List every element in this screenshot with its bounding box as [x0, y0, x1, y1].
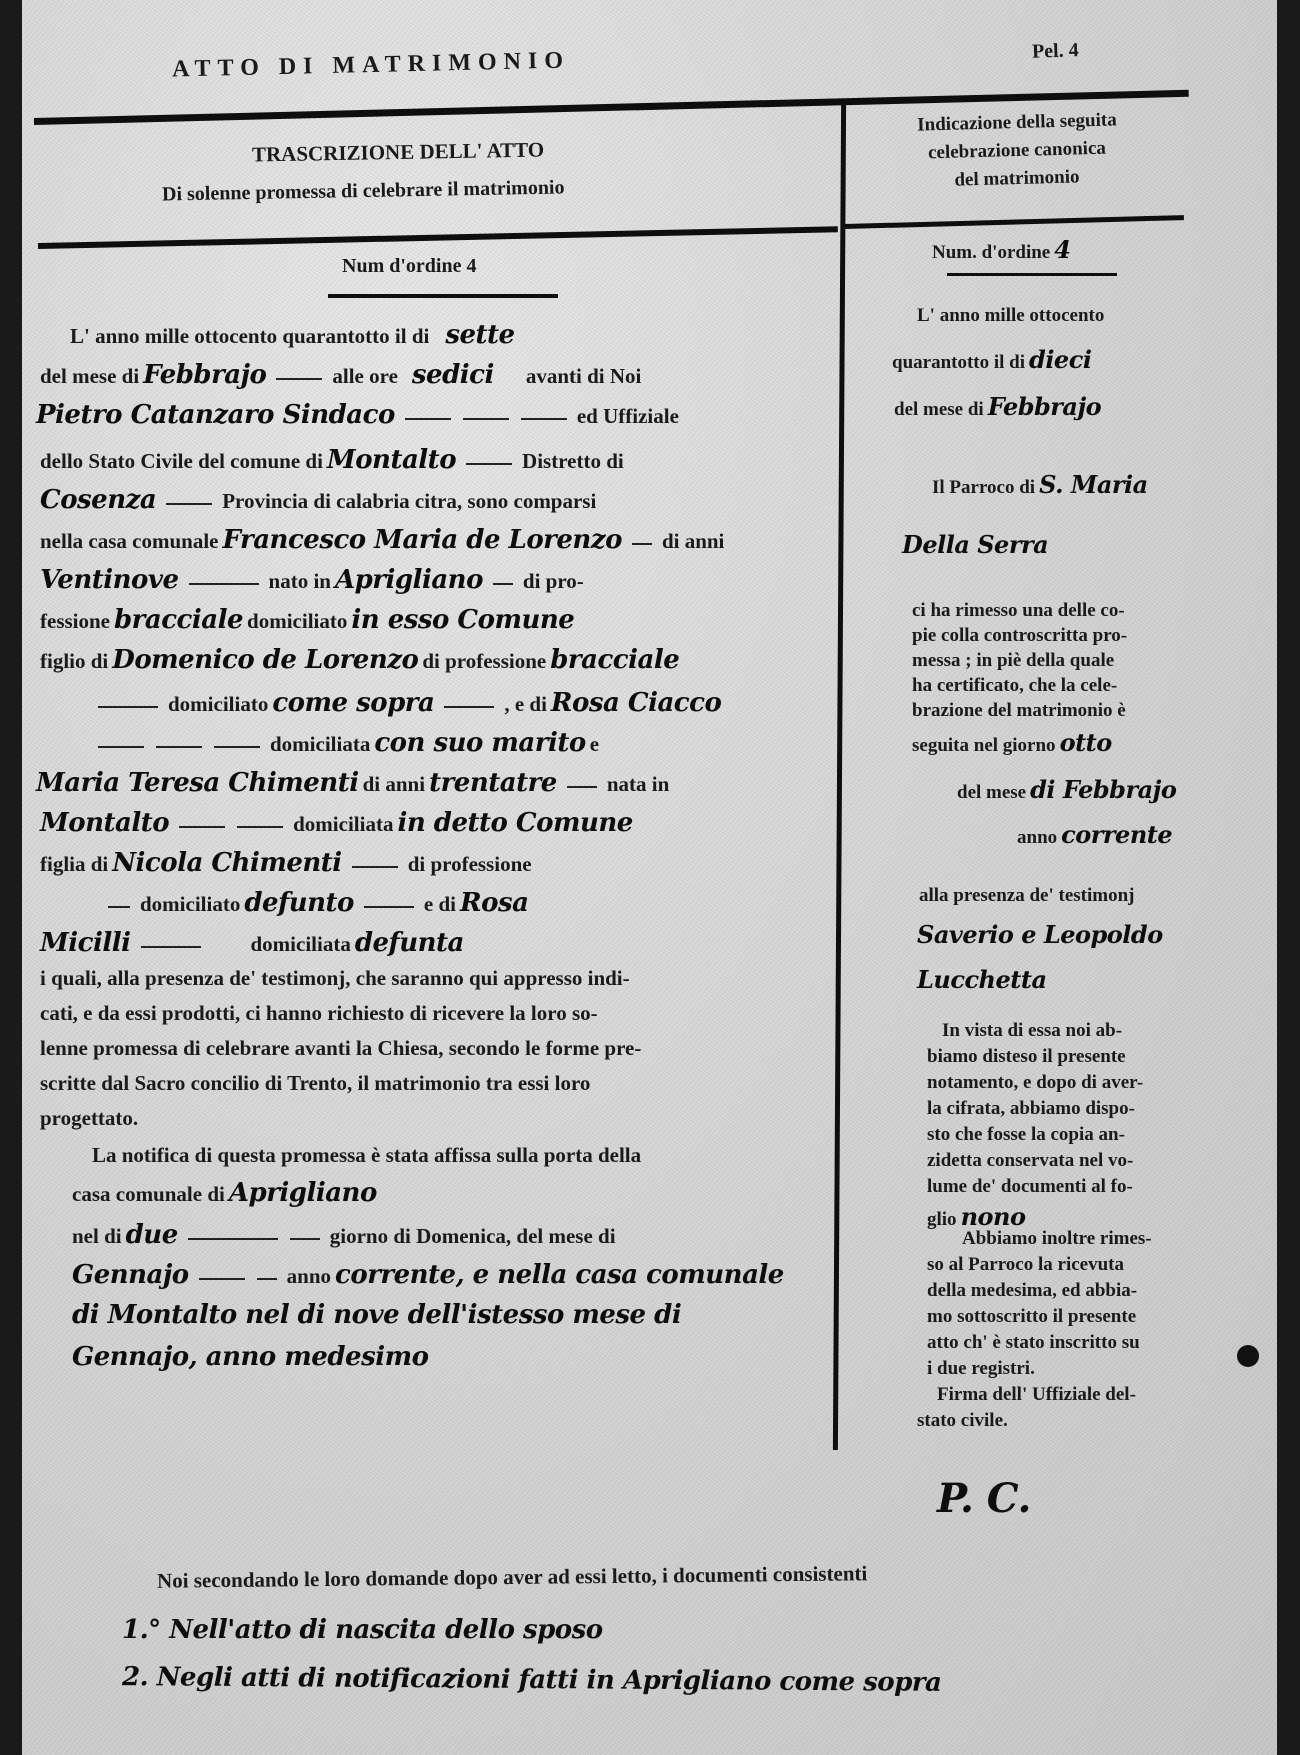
printed-text: fessione — [40, 609, 110, 633]
handwritten-commune: Montalto — [327, 445, 456, 475]
handwritten-groom-mother: Rosa Ciacco — [551, 688, 721, 718]
paragraph-line: lenne promessa di celebrare avanti la Ch… — [40, 1036, 641, 1061]
document-title: ATTO DI MATRIMONIO — [172, 47, 571, 83]
abbiamo-line: della medesima, ed abbia- — [927, 1280, 1137, 1302]
handwritten-notice-month: Gennajo — [72, 1260, 189, 1290]
vista-line: In vista di essa noi ab- — [942, 1020, 1122, 1042]
printed-text: nato in — [269, 569, 331, 593]
printed-text: domiciliato — [247, 609, 347, 633]
printed-text: Distretto di — [522, 449, 624, 473]
printed-text: seguita nel giorno — [912, 735, 1056, 756]
handwritten-bride-mother-status: defunta — [355, 928, 464, 958]
printed-text: glio — [927, 1209, 957, 1230]
handwritten-month: Febbrajo — [143, 360, 266, 390]
printed-text: L' anno mille ottocento quarantotto il d… — [70, 324, 429, 348]
handwritten-father-domicile: come sopra — [272, 688, 434, 718]
handwritten-father-profession: bracciale — [550, 645, 679, 675]
handwritten-groom-father: Domenico de Lorenzo — [112, 645, 418, 675]
handwritten-mother-domicile: con suo marito — [374, 728, 585, 758]
handwritten-bride-father: Nicola Chimenti — [112, 848, 341, 878]
handwritten-groom-domicile: in esso Comune — [351, 605, 574, 635]
handwritten-official-name: Pietro Catanzaro Sindaco — [36, 400, 395, 430]
paragraph-line: progettato. — [40, 1106, 138, 1131]
right-order-underline — [947, 273, 1117, 276]
vista-line: sto che fosse la copia an- — [927, 1124, 1125, 1146]
firma-line: stato civile. — [917, 1410, 1008, 1432]
ink-spot — [1237, 1345, 1259, 1367]
handwritten-bride-mother: Rosa — [460, 888, 528, 918]
firma-line: Firma dell' Uffiziale del- — [937, 1384, 1136, 1406]
abbiamo-line: Abbiamo inoltre rimes- — [962, 1228, 1152, 1250]
vista-line: la cifrata, abbiamo dispo- — [927, 1098, 1135, 1120]
heading-line: Indicazione della seguita — [867, 108, 1167, 138]
handwritten-groom-name: Francesco Maria de Lorenzo — [223, 525, 622, 555]
printed-text: figlio di — [40, 649, 108, 673]
handwritten-bride-mother-surname: Micilli — [40, 928, 131, 958]
right-order-label: Num. d'ordine — [932, 242, 1050, 263]
official-signature: P. C. — [937, 1475, 1031, 1522]
handwritten-bride-age: trentatre — [429, 768, 557, 798]
abbiamo-line: mo sottoscritto il presente — [927, 1306, 1136, 1328]
printed-text: domiciliato — [168, 692, 268, 716]
handwritten-bride-domicile: in detto Comune — [397, 808, 632, 838]
printed-text: casa comunale di — [72, 1182, 225, 1206]
printed-text: nel di — [72, 1224, 122, 1248]
printed-text: Il Parroco di — [932, 477, 1035, 498]
printed-text: , e di — [504, 692, 547, 716]
printed-text: giorno di Domenica, del mese di — [330, 1224, 616, 1248]
handwritten-seguita-year: corrente — [1061, 820, 1172, 849]
handwritten-notice-day: due — [126, 1220, 178, 1250]
abbiamo-line: i due registri. — [927, 1358, 1035, 1380]
paragraph-line: i quali, alla presenza de' testimonj, ch… — [40, 966, 630, 991]
bottom-printed-line: Noi secondando le loro domande dopo aver… — [157, 1561, 868, 1593]
handwritten-bride-name: Maria Teresa Chimenti — [36, 768, 359, 798]
handwritten-notice-place: Aprigliano — [229, 1178, 377, 1208]
printed-text: anno — [287, 1264, 331, 1288]
paragraph-line: cati, e da essi prodotti, ci hanno richi… — [40, 1001, 598, 1026]
printed-text: anno — [1017, 827, 1057, 848]
printed-text: domiciliato — [140, 892, 240, 916]
paragraph-line: scritte dal Sacro concilio di Trento, il… — [40, 1071, 590, 1096]
abbiamo-line: atto ch' è stato inscritto su — [927, 1332, 1140, 1354]
handwritten-folio: nono — [961, 1202, 1026, 1231]
printed-text: ed Uffiziale — [577, 404, 679, 428]
printed-text: di professione — [422, 649, 546, 673]
handwritten-groom-profession: bracciale — [114, 605, 243, 635]
handwritten-district: Cosenza — [40, 485, 156, 515]
handwritten-celebration-day: dieci — [1029, 345, 1091, 374]
printed-text: avanti di Noi — [526, 364, 642, 388]
page-number: Pel. 4 — [1032, 39, 1079, 64]
cert-line: ha certificato, che la cele- — [912, 675, 1117, 697]
printed-text: domiciliata — [251, 932, 351, 956]
printed-text: e di — [424, 892, 456, 916]
handwritten-groom-age: Ventinove — [40, 565, 179, 595]
right-header-rule — [844, 215, 1184, 229]
handwritten-notice-year: corrente, e nella casa comunale — [335, 1260, 784, 1290]
left-heading: TRASCRIZIONE DELL' ATTO — [252, 137, 545, 167]
printed-text: di professione — [408, 852, 532, 876]
printed-text: del mese di — [894, 399, 984, 420]
printed-text: di pro- — [523, 569, 584, 593]
year-line: L' anno mille ottocento — [917, 305, 1104, 327]
handwritten-witnesses: Saverio e Leopoldo — [917, 920, 1163, 949]
cert-line: messa ; in piè della quale — [912, 650, 1114, 672]
cert-line: brazione del matrimonio è — [912, 700, 1126, 722]
printed-text: nella casa comunale — [40, 529, 219, 553]
handwritten-parish: S. Maria — [1039, 470, 1148, 499]
handwritten-parish-cont: Della Serra — [902, 530, 1048, 559]
handwritten-seguita-day: otto — [1060, 728, 1112, 757]
left-subheading: Di solenne promessa di celebrare il matr… — [162, 176, 565, 206]
printed-text: nata in — [607, 772, 669, 796]
handwritten-document-item-2: 2. Negli atti di notificazioni fatti in … — [122, 1662, 942, 1698]
column-divider — [833, 105, 846, 1450]
printed-text: domiciliata — [270, 732, 370, 756]
abbiamo-line: so al Parroco la ricevuta — [927, 1254, 1124, 1276]
printed-text: di anni — [363, 772, 425, 796]
handwritten-document-item-1: 1.° Nell'atto di nascita dello sposo — [122, 1615, 603, 1645]
handwritten-groom-birthplace: Aprigliano — [335, 565, 483, 595]
printed-text: quarantotto il di — [892, 352, 1025, 373]
cert-line: pie colla controscritta pro- — [912, 625, 1127, 647]
handwritten-bride-father-status: defunto — [244, 888, 354, 918]
cert-line: ci ha rimesso una delle co- — [912, 600, 1125, 622]
handwritten-seguita-month: di Febbrajo — [1030, 775, 1176, 804]
printed-text: del mese di — [40, 364, 139, 388]
vista-line: biamo disteso il presente — [927, 1046, 1126, 1068]
left-header-rule — [38, 226, 838, 249]
printed-text: Provincia di calabria citra, sono compar… — [222, 489, 596, 513]
printed-text: e — [590, 732, 599, 756]
heading-line: del matrimonio — [867, 164, 1167, 194]
handwritten-celebration-month: Febbrajo — [988, 392, 1101, 421]
witness-label: alla presenza de' testimonj — [919, 885, 1135, 907]
handwritten-notice-continuation: di Montalto nel di nove dell'istesso mes… — [72, 1300, 681, 1330]
vista-line: notamento, e dopo di aver- — [927, 1072, 1143, 1094]
document-page: ATTO DI MATRIMONIO Pel. 4 TRASCRIZIONE D… — [22, 0, 1277, 1755]
printed-text: figlia di — [40, 852, 108, 876]
notice-line: La notifica di questa promessa è stata a… — [92, 1143, 641, 1168]
handwritten-witnesses-surname: Lucchetta — [917, 965, 1047, 994]
printed-text: dello Stato Civile del comune di — [40, 449, 323, 473]
handwritten-bride-birthplace: Montalto — [40, 808, 169, 838]
handwritten-day: sette — [445, 320, 514, 350]
printed-text: di anni — [662, 529, 724, 553]
handwritten-hour: sedici — [412, 360, 494, 390]
order-underline — [328, 294, 558, 298]
printed-text: del mese — [957, 782, 1026, 803]
vista-line: lume de' documenti al fo- — [927, 1176, 1133, 1198]
printed-text: domiciliata — [293, 812, 393, 836]
heading-line: celebrazione canonica — [867, 136, 1167, 166]
vista-line: zidetta conservata nel vo- — [927, 1150, 1133, 1172]
left-order-label: Num d'ordine 4 — [342, 255, 476, 278]
handwritten-notice-end: Gennajo, anno medesimo — [72, 1342, 428, 1372]
handwritten-order-number: 4 — [1054, 235, 1070, 264]
printed-text: alle ore — [332, 364, 398, 388]
